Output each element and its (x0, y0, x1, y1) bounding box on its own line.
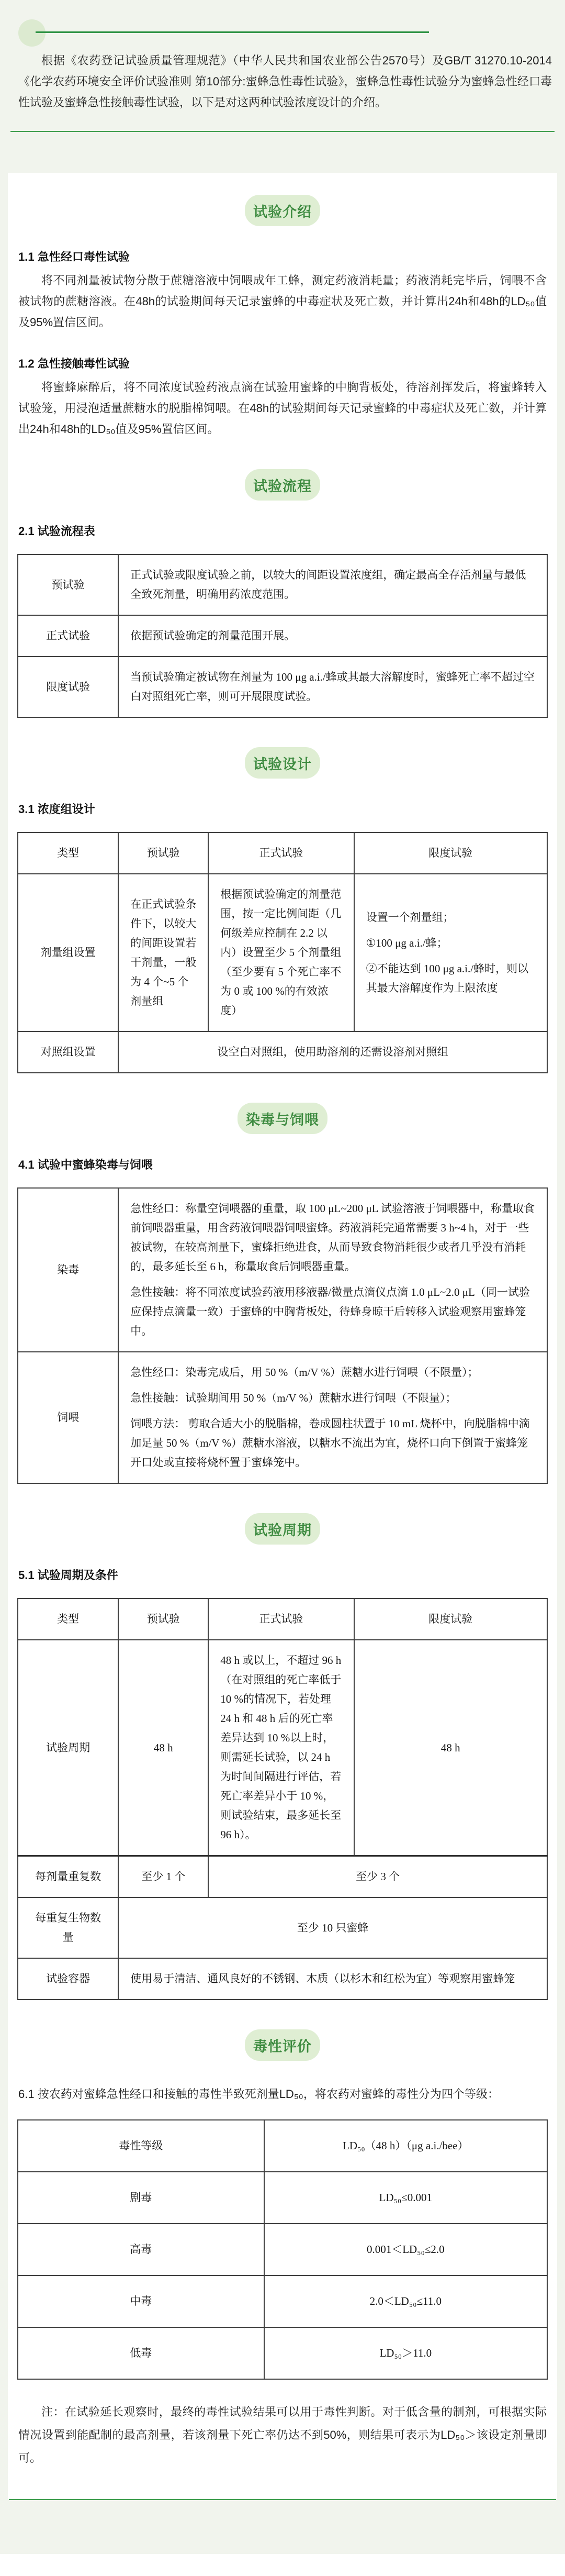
table-row: 高毒 0.001＜LD₅₀≤2.0 (18, 2224, 547, 2275)
cell-control-desc: 设空白对照组，使用助溶剂的还需设溶剂对照组 (118, 1031, 547, 1073)
grade-high: 高毒 (18, 2224, 264, 2275)
heading-2-1: 2.1 试验流程表 (18, 524, 547, 539)
row-label-replicates: 每剂量重复数 (18, 1856, 118, 1898)
heading-1-2: 1.2 急性接触毒性试验 (18, 356, 547, 372)
limit-point-3: ②不能达到 100 μg a.i./蜂时，则以其最大溶解度作为上限浓度 (366, 959, 535, 998)
limit-point-1: 设置一个剂量组； (366, 908, 535, 927)
section-badge-row: 试验设计 (17, 747, 548, 779)
grade-extreme-range: LD₅₀≤0.001 (264, 2172, 547, 2224)
section-badge-exposure: 染毒与饲喂 (238, 1103, 327, 1134)
header-formal: 正式试验 (208, 1598, 354, 1640)
heading-4-1: 4.1 试验中蜜蜂染毒与饲喂 (18, 1157, 547, 1173)
table-row: 低毒 LD₅₀＞11.0 (18, 2327, 547, 2379)
feeding-contact-paragraph: 急性接触：试验期间用 50 %（m/V %）蔗糖水进行饲喂（不限量）； (130, 1389, 535, 1408)
grade-high-range: 0.001＜LD₅₀≤2.0 (264, 2224, 547, 2275)
row-label-limit-test: 限度试验 (18, 657, 118, 717)
cell-dose-pretest: 在正式试验条件下，以较大的间距设置若干剂量，一般为 4 个~5 个剂量组 (118, 874, 208, 1031)
cell-bees-count: 至少 10 只蜜蜂 (118, 1897, 547, 1958)
table-row: 剧毒 LD₅₀≤0.001 (18, 2172, 547, 2224)
row-label-bees-per-replicate: 每重复生物数量 (18, 1897, 118, 1958)
section-badge-introduction: 试验介绍 (245, 195, 320, 226)
table-row: 对照组设置 设空白对照组，使用助溶剂的还需设溶剂对照组 (18, 1031, 547, 1073)
table-row: 染毒 急性经口：称量空饲喂器的重量，取 100 μL~200 μL 试验溶液于饲… (18, 1188, 547, 1352)
header-toxicity-grade: 毒性等级 (18, 2120, 264, 2172)
row-label-feeding: 饲喂 (18, 1352, 118, 1483)
grade-medium: 中毒 (18, 2275, 264, 2327)
cell-pretest-desc: 正式试验或限度试验之前，以较大的间距设置浓度组，确定最高全存活剂量与最低全致死剂… (118, 554, 547, 615)
cell-feeding-desc: 急性经口：染毒完成后，用 50 %（m/V %）蔗糖水进行饲喂（不限量）； 急性… (118, 1352, 547, 1483)
article-page: 根据《农药登记试验质量管理规范》（中华人民共和国农业部公告2570号）及GB/T… (0, 0, 565, 2576)
heading-5-1: 5.1 试验周期及条件 (18, 1568, 547, 1583)
cell-limit-desc: 当预试验确定被试物在剂量为 100 μg a.i./蜂或其最大溶解度时，蜜蜂死亡… (118, 657, 547, 717)
table-row: 试验周期 48 h 48 h 或以上，不超过 96 h（在对照组的死亡率低于 1… (18, 1640, 547, 1856)
cell-period-pretest: 48 h (118, 1640, 208, 1856)
content-card: 试验介绍 1.1 急性经口毒性试验 将不同剂量被试物分散于蔗糖溶液中饲喂成年工蜂… (8, 173, 557, 2499)
cell-replicates-pretest: 至少 1 个 (118, 1856, 208, 1898)
section-badge-period: 试验周期 (245, 1513, 320, 1545)
header-ld50: LD₅₀（48 h）（μg a.i./bee） (264, 2120, 547, 2172)
table-row: 每剂量重复数 至少 1 个 至少 3 个 (18, 1856, 547, 1898)
paragraph-contact-toxicity: 将蜜蜂麻醉后，将不同浓度试验药液点滴在试验用蜜蜂的中胸背板处，待溶剂挥发后，将蜜… (18, 377, 547, 440)
design-table: 类型 预试验 正式试验 限度试验 剂量组设置 在正式试验条件下，以较大的间距设置… (17, 832, 548, 1073)
dosing-oral-paragraph: 急性经口：称量空饲喂器的重量，取 100 μL~200 μL 试验溶液于饲喂器中… (130, 1199, 535, 1276)
row-label-dose-groups: 剂量组设置 (18, 874, 118, 1031)
grade-extreme: 剧毒 (18, 2172, 264, 2224)
bottom-white-strip (0, 2554, 565, 2576)
table-row: 剂量组设置 在正式试验条件下，以较大的间距设置若干剂量，一般为 4 个~5 个剂… (18, 874, 547, 1031)
header-type: 类型 (18, 1598, 118, 1640)
footnote: 注：在试验延长观察时，最终的毒性试验结果可以用于毒性判断。对于低含量的制剂，可根… (18, 2401, 547, 2470)
row-label-dosing: 染毒 (18, 1188, 118, 1352)
exposure-table: 染毒 急性经口：称量空饲喂器的重量，取 100 μL~200 μL 试验溶液于饲… (17, 1187, 548, 1484)
grade-low: 低毒 (18, 2327, 264, 2379)
heading-3-1: 3.1 浓度组设计 (18, 802, 547, 817)
cell-formal-desc: 依据预试验确定的剂量范围开展。 (118, 615, 547, 657)
row-label-formal-test: 正式试验 (18, 615, 118, 657)
bottom-gap (0, 2500, 565, 2554)
section-badge-design: 试验设计 (245, 747, 320, 779)
process-table: 预试验 正式试验或限度试验之前，以较大的间距设置浓度组，确定最高全存活剂量与最低… (17, 554, 548, 718)
section-badge-row: 毒性评价 (17, 2029, 548, 2061)
section-badge-row: 试验流程 (17, 469, 548, 501)
header-limit: 限度试验 (354, 1598, 547, 1640)
row-label-pretest: 预试验 (18, 554, 118, 615)
grade-medium-range: 2.0＜LD₅₀≤11.0 (264, 2275, 547, 2327)
table-row: 每重复生物数量 至少 10 只蜜蜂 (18, 1897, 547, 1958)
section-badge-row: 试验介绍 (17, 195, 548, 226)
intro-section: 根据《农药登记试验质量管理规范》（中华人民共和国农业部公告2570号）及GB/T… (0, 0, 565, 173)
table-header-row: 毒性等级 LD₅₀（48 h）（μg a.i./bee） (18, 2120, 547, 2172)
table-header-row: 类型 预试验 正式试验 限度试验 (18, 1598, 547, 1640)
decor-green-line (36, 31, 429, 33)
section-badge-row: 试验周期 (17, 1513, 548, 1545)
header-pretest: 预试验 (118, 832, 208, 874)
table-row: 限度试验 当预试验确定被试物在剂量为 100 μg a.i./蜂或其最大溶解度时… (18, 657, 547, 717)
feeding-method-paragraph: 饲喂方法： 剪取合适大小的脱脂棉，卷成圆柱状置于 10 mL 烧杯中，向脱脂棉中… (130, 1414, 535, 1472)
table-row: 试验容器 使用易于清洁、通风良好的不锈钢、木质（以杉木和红松为宜）等观察用蜜蜂笼 (18, 1958, 547, 2000)
intro-divider-line (10, 131, 555, 132)
limit-point-2: ①100 μg a.i./蜂； (366, 934, 535, 953)
feeding-oral-paragraph: 急性经口：染毒完成后，用 50 %（m/V %）蔗糖水进行饲喂（不限量）； (130, 1363, 535, 1382)
dosing-contact-paragraph: 急性接触：将不同浓度试验药液用移液器/微量点滴仪点滴 1.0 μL~2.0 μL… (130, 1283, 535, 1341)
section-badge-process: 试验流程 (245, 469, 320, 501)
toxicity-table: 毒性等级 LD₅₀（48 h）（μg a.i./bee） 剧毒 LD₅₀≤0.0… (17, 2119, 548, 2380)
header-pretest: 预试验 (118, 1598, 208, 1640)
paragraph-oral-toxicity: 将不同剂量被试物分散于蔗糖溶液中饲喂成年工蜂，测定药液消耗量；药液消耗完毕后，饲… (18, 270, 547, 333)
header-limit: 限度试验 (354, 832, 547, 874)
table-row: 中毒 2.0＜LD₅₀≤11.0 (18, 2275, 547, 2327)
cell-dose-formal: 根据预试验确定的剂量范围，按一定比例间距（几何级差应控制在 2.2 以内）设置至… (208, 874, 354, 1031)
cell-period-limit: 48 h (354, 1640, 547, 1856)
cell-dosing-desc: 急性经口：称量空饲喂器的重量，取 100 μL~200 μL 试验溶液于饲喂器中… (118, 1188, 547, 1352)
table-row: 正式试验 依据预试验确定的剂量范围开展。 (18, 615, 547, 657)
cell-dose-limit: 设置一个剂量组； ①100 μg a.i./蜂； ②不能达到 100 μg a.… (354, 874, 547, 1031)
grade-low-range: LD₅₀＞11.0 (264, 2327, 547, 2379)
header-formal: 正式试验 (208, 832, 354, 874)
heading-1-1: 1.1 急性经口毒性试验 (18, 249, 547, 265)
header-type: 类型 (18, 832, 118, 874)
period-table: 类型 预试验 正式试验 限度试验 试验周期 48 h 48 h 或以上，不超过 … (17, 1598, 548, 2000)
table-header-row: 类型 预试验 正式试验 限度试验 (18, 832, 547, 874)
cell-period-formal: 48 h 或以上，不超过 96 h（在对照组的死亡率低于 10 %的情况下，若处… (208, 1640, 354, 1856)
section-badge-row: 染毒与饲喂 (17, 1103, 548, 1134)
decor-circle (18, 19, 46, 47)
heading-6-1: 6.1 按农药对蜜蜂急性经口和接触的毒性半致死剂量LD₅₀，将农药对蜜蜂的毒性分… (18, 2084, 547, 2105)
table-row: 预试验 正式试验或限度试验之前，以较大的间距设置浓度组，确定最高全存活剂量与最低… (18, 554, 547, 615)
row-label-container: 试验容器 (18, 1958, 118, 2000)
row-label-control-group: 对照组设置 (18, 1031, 118, 1073)
intro-paragraph: 根据《农药登记试验质量管理规范》（中华人民共和国农业部公告2570号）及GB/T… (18, 50, 552, 113)
row-label-test-period: 试验周期 (18, 1640, 118, 1856)
cell-container-desc: 使用易于清洁、通风良好的不锈钢、木质（以杉木和红松为宜）等观察用蜜蜂笼 (118, 1958, 547, 2000)
cell-replicates-rest: 至少 3 个 (208, 1856, 547, 1898)
section-badge-evaluation: 毒性评价 (245, 2029, 320, 2061)
table-row: 饲喂 急性经口：染毒完成后，用 50 %（m/V %）蔗糖水进行饲喂（不限量）；… (18, 1352, 547, 1483)
